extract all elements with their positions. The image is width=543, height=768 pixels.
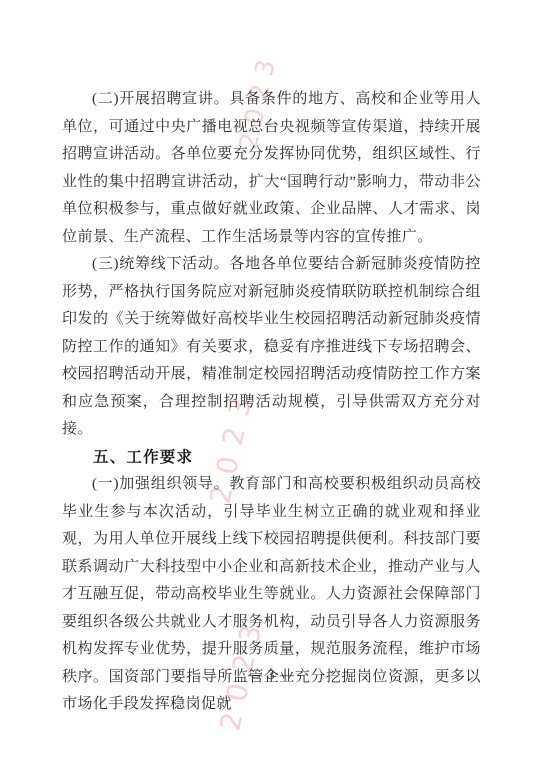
document-body: (二)开展招聘宣讲。具备条件的地方、高校和企业等用人单位，可通过中央广播电视总台… [62,86,481,719]
section-heading: 五、工作要求 [62,444,481,472]
paragraph: (二)开展招聘宣讲。具备条件的地方、高校和企业等用人单位，可通过中央广播电视总台… [62,86,481,251]
page-number: — 3 — [0,668,543,684]
document-page: 2023 2023 2023 (二)开展招聘宣讲。具备条件的地方、高校和企业等用… [0,0,543,768]
paragraph: (三)统筹线下活动。各地各单位要结合新冠肺炎疫情防控形势，严格执行国务院应对新冠… [62,251,481,444]
